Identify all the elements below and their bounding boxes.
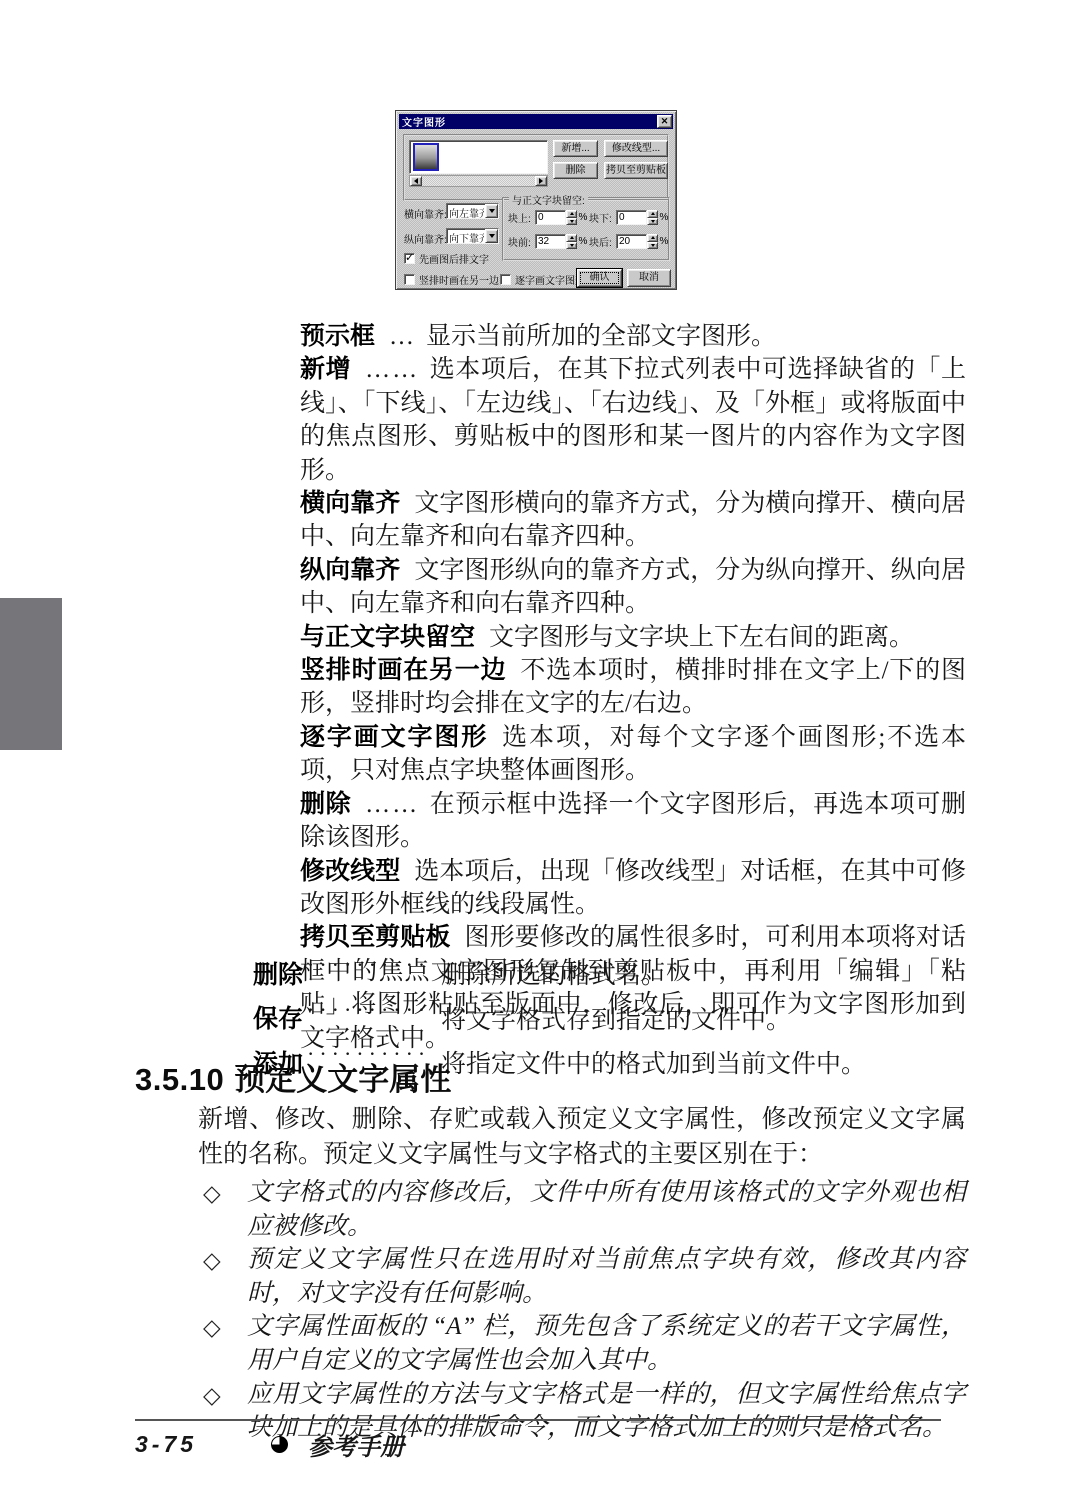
bullet-text: 文字格式的内容修改后，文件中所有使用该格式的文字外观也相应被修改。: [247, 1176, 966, 1243]
definition-list: 预示框…显示当前所加的全部文字图形。 新增……选本项后，在其下拉式列表中可选择缺…: [300, 320, 966, 1055]
block-top-field[interactable]: [535, 210, 566, 225]
footer: 3-75 参考手册: [135, 1427, 404, 1462]
delete-button[interactable]: 删除: [553, 162, 598, 179]
vertical-align-label: 纵向靠齐:: [404, 231, 447, 246]
item-term: 删除: [253, 959, 305, 993]
definition-term: 纵向靠齐: [300, 556, 400, 584]
checkbox-box[interactable]: [404, 253, 415, 264]
section-heading: 3.5.10预定义文字属性: [135, 1054, 451, 1099]
horizontal-align-combo[interactable]: 向左靠齐: [446, 203, 499, 219]
block-top-unit: %: [577, 212, 589, 223]
definition-term: 修改线型: [300, 857, 400, 885]
section-number: 3.5.10: [135, 1062, 224, 1097]
ok-button[interactable]: 确认: [577, 269, 622, 287]
block-after-label: 块后:: [589, 234, 616, 249]
definition-item: 新增……选本项后，在其下拉式列表中可选择缺省的「上线」、「下线」、「左边线」、「…: [300, 353, 966, 487]
text-graphic-dialog: 文字图形 ✕ 新增... 修改线型... 删除 拷贝至剪贴板 横向靠齐: 向左靠…: [395, 110, 677, 290]
checkbox-label: 竖排时画在另一边: [419, 272, 499, 287]
bullet-text: 文字属性面板的 “A” 栏，预先包含了系统定义的若干文字属性，用户自定义的文字属…: [247, 1310, 966, 1377]
definition-term: 逐字画文字图形: [300, 723, 488, 751]
diamond-icon: ◇: [203, 1176, 247, 1243]
definition-term: 竖排时画在另一边: [300, 656, 506, 684]
vertical-other-side-checkbox[interactable]: 竖排时画在另一边: [404, 272, 499, 287]
spin-up-button[interactable]: [566, 210, 577, 218]
list-item: 保存·············将文字格式存到指定的文件中。: [253, 993, 966, 1038]
definition-term: 删除: [300, 790, 351, 818]
spinner-down-icon: [651, 244, 655, 247]
dot-leader: ·············: [307, 948, 429, 982]
spacing-row-2: 块前: % 块后: %: [508, 234, 666, 249]
bullet-item: ◇ 预定义文字属性只在选用时对当前焦点字块有效，修改其内容时，对文字没有任何影响…: [203, 1243, 966, 1310]
definition-item: 逐字画文字图形选本项，对每个文字逐个画图形;不选本项，只对焦点字块整体画图形。: [300, 721, 966, 788]
draw-first-checkbox[interactable]: 先画图后排文字: [404, 251, 489, 266]
spin-up-button[interactable]: [566, 234, 577, 242]
definition-term: 与正文字块留空: [300, 623, 475, 651]
vertical-align-value: 向下靠齐: [449, 230, 484, 245]
scroll-right-button[interactable]: [535, 176, 547, 186]
spacing-groupbox: 与正文字块留空: 块上: % 块下: % 块前:: [502, 197, 670, 261]
scroll-left-button[interactable]: [410, 176, 422, 186]
dot-leader: ·············: [307, 993, 429, 1027]
quarter-circle-icon: [271, 1436, 288, 1453]
bullet-list: ◇ 文字格式的内容修改后，文件中所有使用该格式的文字外观也相应被修改。 ◇ 预定…: [203, 1176, 966, 1445]
spinner-up-icon: [570, 212, 574, 215]
preview-scrollbar[interactable]: [409, 175, 548, 187]
preview-thumbnail[interactable]: [413, 143, 439, 171]
spacing-row-1: 块上: % 块下: %: [508, 210, 666, 225]
horizontal-align-value: 向左靠齐: [449, 205, 484, 220]
spin-down-button[interactable]: [566, 218, 577, 226]
footer-rule: [135, 1419, 941, 1421]
copy-to-clipboard-button[interactable]: 拷贝至剪贴板: [604, 162, 668, 179]
cancel-button[interactable]: 取消: [627, 269, 671, 287]
arrow-right-icon: [539, 178, 543, 184]
modify-line-button[interactable]: 修改线型...: [604, 140, 668, 157]
checkbox-label: 先画图后排文字: [419, 251, 489, 266]
spin-up-button[interactable]: [647, 210, 658, 218]
spin-down-button[interactable]: [647, 218, 658, 226]
block-after-unit: %: [658, 236, 670, 247]
page-number: 3-75: [135, 1431, 197, 1458]
definition-term: 新增: [300, 355, 351, 383]
section-intro: 新增、修改、删除、存贮或载入预定义文字属性，修改预定义文字属性的名称。预定义文字…: [198, 1102, 966, 1172]
block-top-input[interactable]: [536, 212, 565, 223]
definition-term: 预示框: [300, 322, 375, 350]
close-icon: ✕: [661, 117, 669, 126]
section-title: 预定义文字属性: [234, 1062, 451, 1097]
diamond-icon: ◇: [203, 1310, 247, 1377]
checkbox-label: 逐字画文字图形: [515, 272, 585, 287]
definition-item: 删除……在预示框中选择一个文字图形后，再选本项可删除该图形。: [300, 788, 966, 855]
diamond-icon: ◇: [203, 1243, 247, 1310]
spinner-up-icon: [651, 236, 655, 239]
item-desc: 删除所选的格式名。: [441, 962, 666, 989]
horizontal-align-dropdown-button[interactable]: [485, 204, 498, 218]
bullet-text: 预定义文字属性只在选用时对当前焦点字块有效，修改其内容时，对文字没有任何影响。: [247, 1243, 966, 1310]
block-before-spinner[interactable]: [566, 234, 577, 249]
vertical-align-dropdown-button[interactable]: [485, 229, 498, 243]
horizontal-align-label: 横向靠齐:: [404, 206, 447, 221]
item-desc: 将文字格式存到指定的文件中。: [441, 1006, 791, 1033]
block-before-label: 块前:: [508, 234, 535, 249]
block-top-spinner[interactable]: [566, 210, 577, 225]
definition-desc: 显示当前所加的全部文字图形。: [426, 323, 776, 350]
block-after-input[interactable]: [617, 236, 646, 247]
block-after-spinner[interactable]: [647, 234, 658, 249]
block-after-field[interactable]: [616, 234, 647, 249]
manual-page: 文字图形 ✕ 新增... 修改线型... 删除 拷贝至剪贴板 横向靠齐: 向左靠…: [0, 0, 1073, 1488]
bullet-item: ◇ 文字属性面板的 “A” 栏，预先包含了系统定义的若干文字属性，用户自定义的文…: [203, 1310, 966, 1377]
arrow-left-icon: [414, 178, 418, 184]
definition-term: 横向靠齐: [300, 489, 400, 517]
block-bottom-unit: %: [658, 212, 670, 223]
block-before-unit: %: [577, 236, 589, 247]
list-item: 删除·············删除所选的格式名。: [253, 948, 966, 993]
definition-dots: …: [389, 323, 416, 350]
definition-dots: ……: [365, 791, 419, 818]
bullet-item: ◇ 文字格式的内容修改后，文件中所有使用该格式的文字外观也相应被修改。: [203, 1176, 966, 1243]
block-top-label: 块上:: [508, 210, 535, 225]
spinner-down-icon: [570, 244, 574, 247]
definition-item: 预示框…显示当前所加的全部文字图形。: [300, 320, 966, 353]
item-desc: 将指定文件中的格式加到当前文件中。: [441, 1051, 866, 1078]
spin-down-button[interactable]: [566, 242, 577, 250]
preview-box[interactable]: [409, 140, 548, 174]
footer-label: 参考手册: [308, 1427, 404, 1462]
spin-down-button[interactable]: [647, 242, 658, 250]
per-char-checkbox[interactable]: 逐字画文字图形: [500, 272, 585, 287]
block-before-input[interactable]: [536, 236, 565, 247]
vertical-align-combo[interactable]: 向下靠齐: [446, 228, 499, 244]
chevron-down-icon: [489, 209, 495, 213]
chevron-down-icon: [489, 234, 495, 238]
spinner-up-icon: [570, 236, 574, 239]
spinner-down-icon: [570, 220, 574, 223]
block-bottom-input[interactable]: [617, 212, 646, 223]
item-term: 保存: [253, 1003, 305, 1037]
definition-item: 修改线型选本项后，出现「修改线型」对话框，在其中可修改图形外框线的线段属性。: [300, 855, 966, 922]
definition-item: 竖排时画在另一边不选本项时，横排时排在文字上/下的图形，竖排时均会排在文字的左/…: [300, 654, 966, 721]
block-bottom-spinner[interactable]: [647, 210, 658, 225]
block-before-field[interactable]: [535, 234, 566, 249]
definition-item: 纵向靠齐文字图形纵向的靠齐方式，分为纵向撑开、纵向居中、向左靠齐和向右靠齐四种。: [300, 554, 966, 621]
dialog-title: 文字图形: [402, 114, 446, 129]
dialog-titlebar[interactable]: 文字图形 ✕: [399, 114, 673, 129]
definition-dots: ……: [365, 356, 419, 383]
close-button[interactable]: ✕: [657, 115, 672, 128]
groupbox-legend: 与正文字块留空:: [509, 192, 588, 207]
spinner-up-icon: [651, 212, 655, 215]
definition-desc: 文字图形与文字块上下左右间的距离。: [489, 624, 914, 651]
definition-item: 与正文字块留空文字图形与文字块上下左右间的距离。: [300, 621, 966, 654]
checkbox-box[interactable]: [500, 274, 511, 285]
block-bottom-field[interactable]: [616, 210, 647, 225]
definition-item: 横向靠齐文字图形横向的靠齐方式，分为横向撑开、横向居中、向左靠齐和向右靠齐四种。: [300, 487, 966, 554]
block-bottom-label: 块下:: [589, 210, 616, 225]
new-button[interactable]: 新增...: [553, 140, 598, 157]
spinner-down-icon: [651, 220, 655, 223]
chapter-edge-tab: [0, 598, 62, 750]
checkbox-box[interactable]: [404, 274, 415, 285]
spin-up-button[interactable]: [647, 234, 658, 242]
